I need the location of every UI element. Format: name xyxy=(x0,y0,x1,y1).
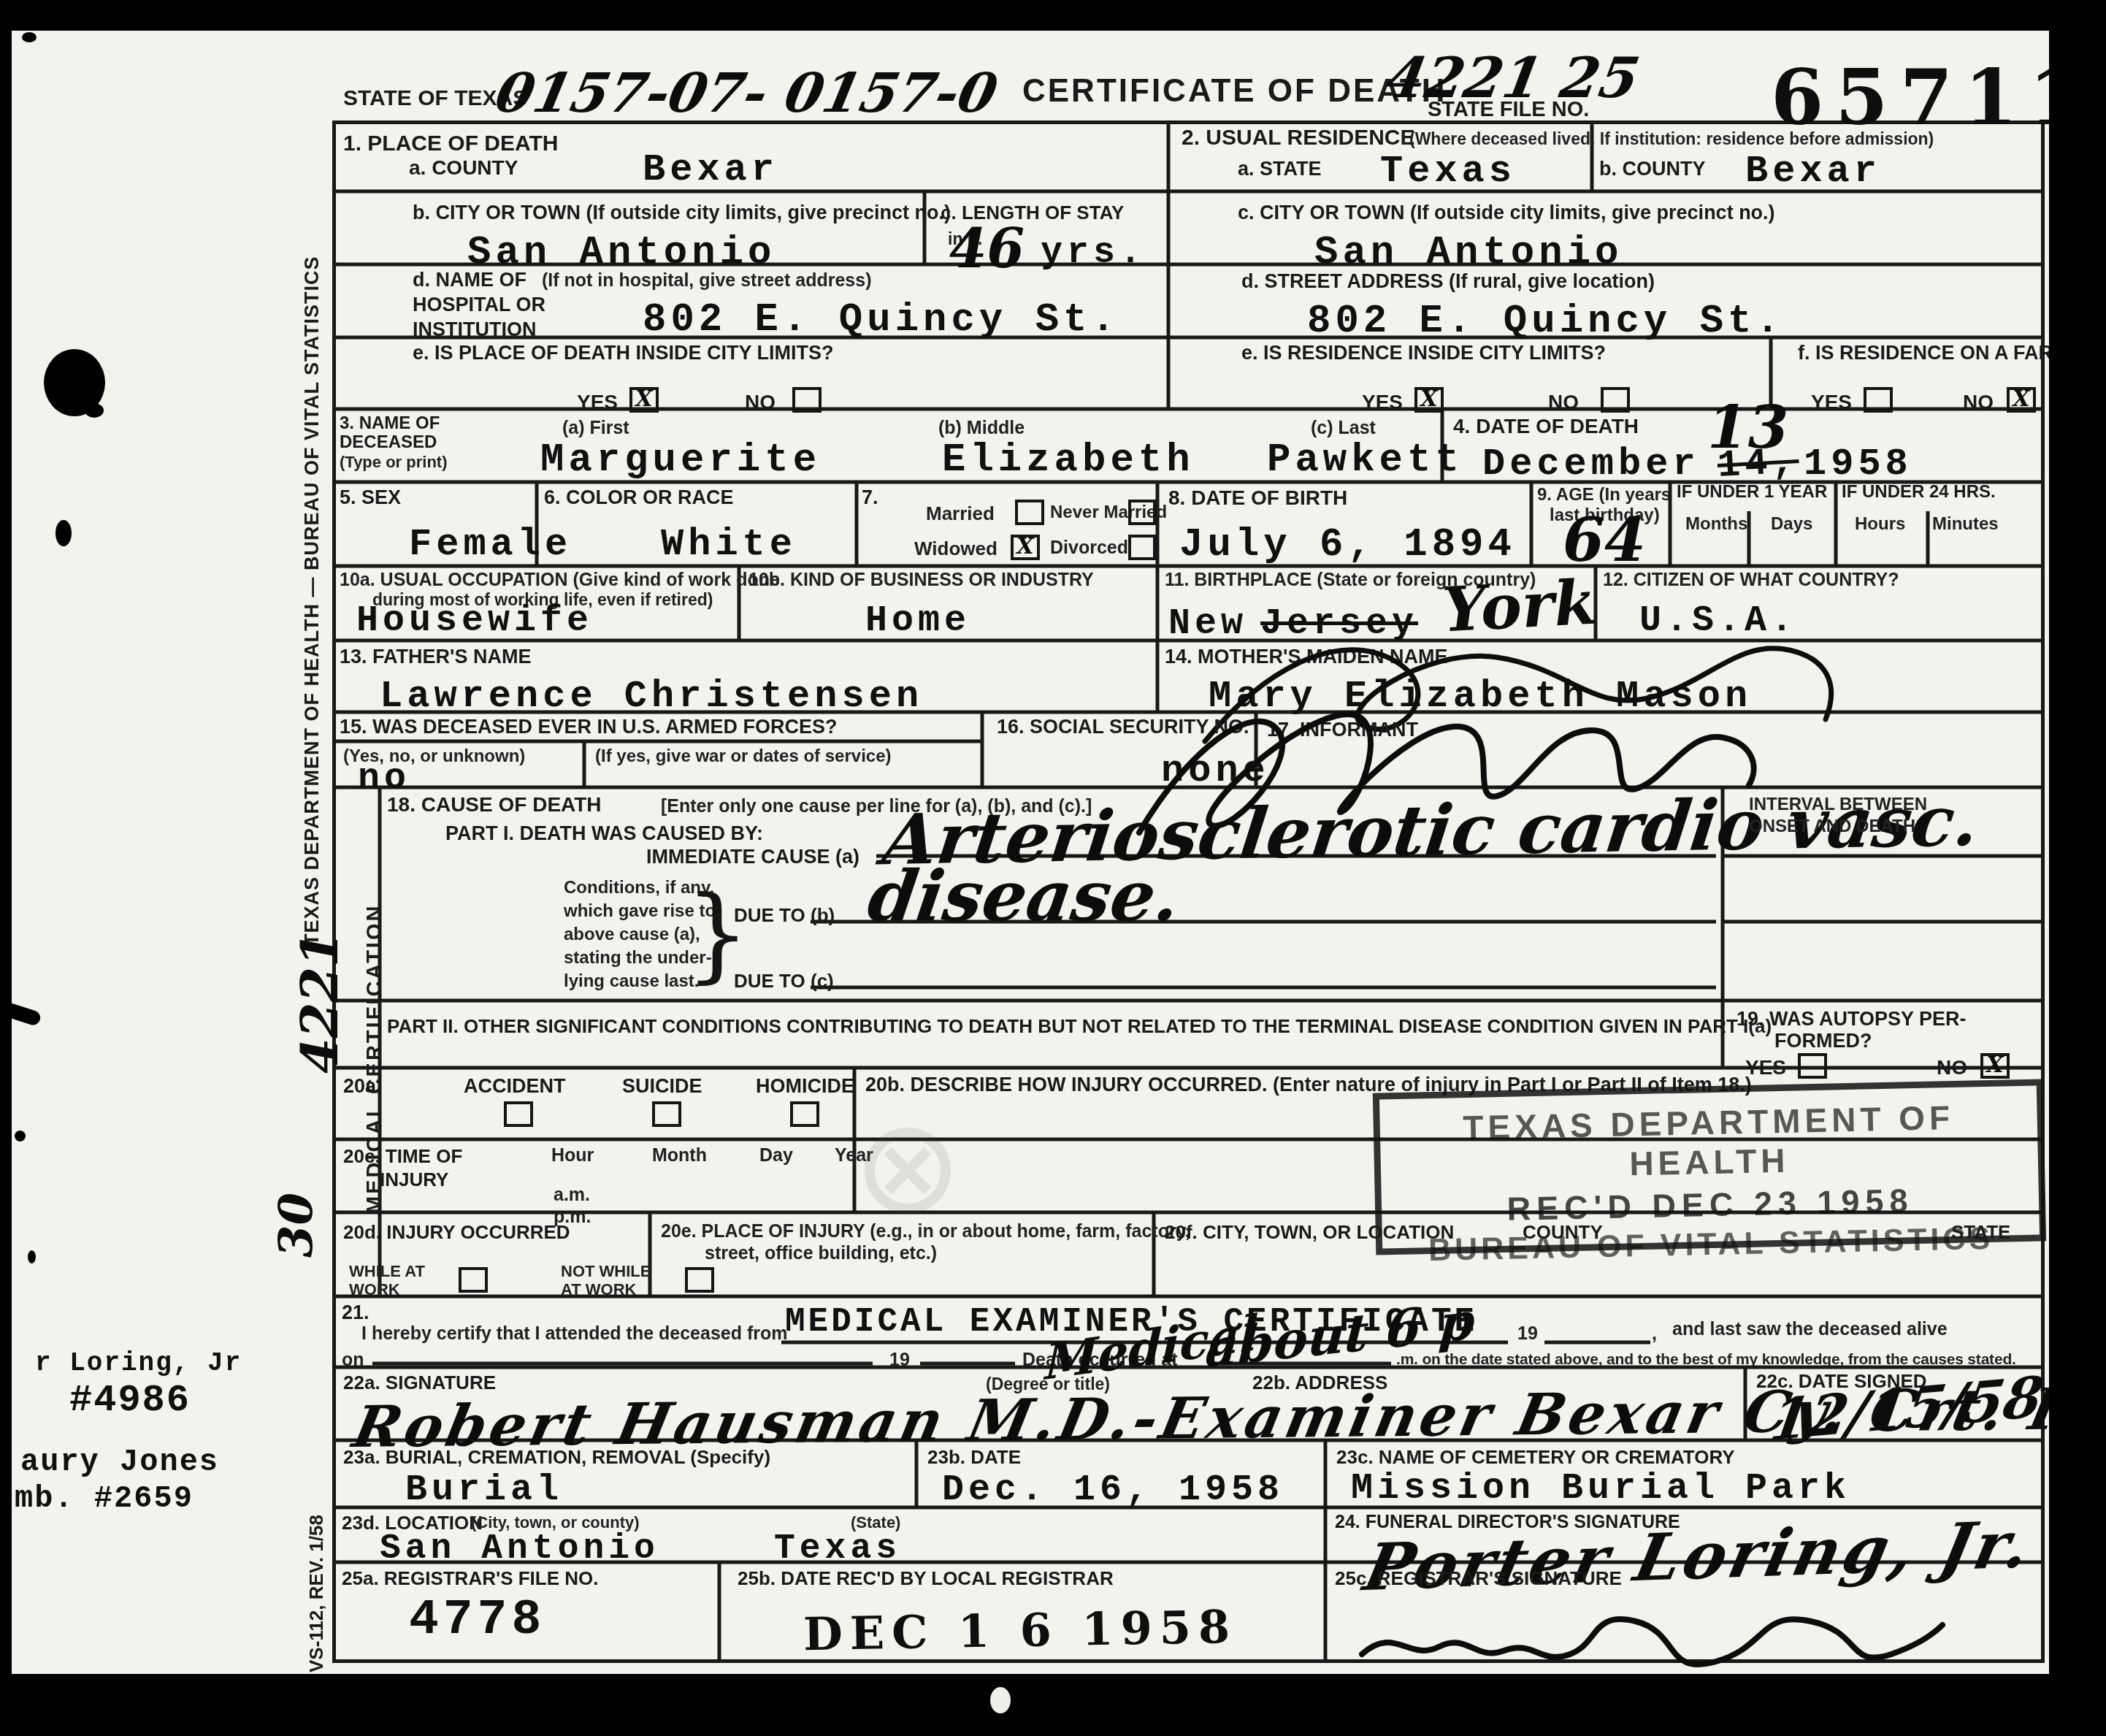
s19-no-label: NO xyxy=(1937,1056,1967,1079)
s1-hospital-value: 802 E. Quincy St. xyxy=(643,298,1119,343)
margin-handwritten-4221: 4221 xyxy=(289,931,350,1074)
ink-dot xyxy=(15,1131,26,1142)
ink-blob-small-1 xyxy=(85,403,104,418)
s18-immediate-cause-label: IMMEDIATE CAUSE (a) xyxy=(646,846,859,868)
s9b-under-24-label: IF UNDER 24 HRS. xyxy=(1842,482,1996,502)
s2-farm-yes-label: YES xyxy=(1811,391,1852,414)
s20c-label-1: 20c. TIME OF xyxy=(343,1145,462,1168)
s25a-value: 4778 xyxy=(409,1592,545,1648)
s18-label: 18. CAUSE OF DEATH xyxy=(387,793,602,817)
s3-middle-value: Elizabeth xyxy=(942,438,1195,483)
s3-label-1: 3. NAME OF xyxy=(340,413,440,434)
s20a-suicide-checkbox[interactable] xyxy=(652,1101,681,1127)
s20c-day-label: Day xyxy=(759,1145,793,1166)
s25b-date-received-stamp: DEC 1 6 1958 xyxy=(803,1600,1237,1661)
s20c-label-2: INJURY xyxy=(380,1169,448,1191)
ink-blob-small-2 xyxy=(55,520,72,546)
s18-due-c-label: DUE TO (c) xyxy=(734,970,834,993)
s10a-value: Housewife xyxy=(356,600,593,642)
s3-first-value: Marguerite xyxy=(540,438,821,483)
s18-part1-label: PART I. DEATH WAS CAUSED BY: xyxy=(445,822,763,845)
s12-label: 12. CITIZEN OF WHAT COUNTRY? xyxy=(1603,570,1899,591)
s1-county-value: Bexar xyxy=(643,148,778,191)
margin-fragment-jones: aury Jones xyxy=(20,1445,219,1480)
s1-limits-yes-checkbox[interactable]: X xyxy=(629,387,659,413)
s7-married-label: Married xyxy=(926,502,995,525)
s7-widowed-label: Widowed xyxy=(914,538,998,560)
death-certificate-scan: STATE OF TEXAS 0157-07- 0157-0 CERTIFICA… xyxy=(0,0,2106,1736)
s5-value: Female xyxy=(409,523,572,566)
dept-of-health-vertical-label: TEXAS DEPARTMENT OF HEALTH — BUREAU OF V… xyxy=(301,256,323,947)
s9b-days-label: Days xyxy=(1771,514,1812,535)
s23d-city-value: San Antonio xyxy=(380,1529,659,1569)
s23a-value: Burial xyxy=(405,1469,563,1511)
s20a-accident-checkbox[interactable] xyxy=(504,1101,533,1127)
s9-age-handwritten: 64 xyxy=(1563,505,1646,576)
s20c-month-label: Month xyxy=(652,1145,707,1166)
s20e-label-2: street, office building, etc.) xyxy=(705,1243,937,1264)
s13-label: 13. FATHER'S NAME xyxy=(340,646,531,668)
s1-hospital-label-paren: (If not in hospital, give street address… xyxy=(542,270,871,291)
s4-year: 1958 xyxy=(1804,443,1912,486)
s3-label-3: (Type or print) xyxy=(340,453,447,472)
s2-city-label: c. CITY OR TOWN (If outside city limits,… xyxy=(1238,202,1775,224)
s18-cond-5: lying cause last. xyxy=(564,971,699,992)
s2-limits-label: e. IS RESIDENCE INSIDE CITY LIMITS? xyxy=(1241,342,1606,364)
s20d-not-while-label-2: AT WORK xyxy=(561,1280,636,1299)
s7-label: 7. xyxy=(862,486,878,509)
s1-limits-label: e. IS PLACE OF DEATH INSIDE CITY LIMITS? xyxy=(413,342,834,364)
s10a-label-1: 10a. USUAL OCCUPATION (Give kind of work… xyxy=(340,570,780,591)
form-code-vertical-label: VS-112, REV. 1/58 xyxy=(305,1515,328,1672)
s18-due-b-label: DUE TO (b) xyxy=(734,904,835,927)
scan-edge-bottom xyxy=(0,1674,2106,1736)
scan-edge-left xyxy=(0,0,12,1736)
s4-day-handwritten: 13 xyxy=(1707,393,1788,462)
s9b-months-label: Months xyxy=(1685,514,1747,535)
s2-farm-label: f. IS RESIDENCE ON A FARM? xyxy=(1798,342,2081,364)
circled-x-watermark xyxy=(860,1123,955,1218)
margin-fragment-2659: mb. #2659 xyxy=(15,1481,194,1516)
scan-edge-right xyxy=(2049,0,2106,1736)
registrar-signature xyxy=(1351,1581,1950,1683)
s2-county-value: Bexar xyxy=(1745,150,1881,193)
scan-speck-bottom xyxy=(990,1687,1011,1713)
s7-widowed-checkbox[interactable]: X xyxy=(1011,535,1040,560)
s23d-state-value: Texas xyxy=(774,1529,901,1569)
s18-interval-label-2: ONSET AND DEATH xyxy=(1749,817,1915,837)
s2-farm-no-label: NO xyxy=(1963,391,1994,414)
s25b-label: 25b. DATE REC'D BY LOCAL REGISTRAR xyxy=(738,1567,1114,1590)
s2-farm-no-checkbox[interactable]: X xyxy=(2007,387,2036,413)
s21-label: 21. xyxy=(342,1301,369,1324)
s4-label: 4. DATE OF DEATH xyxy=(1453,415,1639,438)
s20f-state-label: STATE xyxy=(1951,1221,2010,1244)
s2-limits-no-label: NO xyxy=(1548,391,1579,414)
s20f-label: 20f. CITY, TOWN, OR LOCATION xyxy=(1165,1221,1454,1244)
s2-title-paren: (Where deceased lived. If institution: r… xyxy=(1409,129,1934,149)
s10b-value: Home xyxy=(865,600,970,642)
s25a-label: 25a. REGISTRAR'S FILE NO. xyxy=(342,1567,598,1590)
s1-limits-no-label: NO xyxy=(745,391,776,414)
s1-stay-value-handwritten: 46 xyxy=(949,218,1025,280)
s20d-while-label-2: WORK xyxy=(349,1280,400,1299)
s3-label-2: DECEASED xyxy=(340,432,437,453)
state-file-no-label: STATE FILE NO. xyxy=(1428,98,1589,122)
s20a-accident-label: ACCIDENT xyxy=(464,1075,566,1098)
s2-state-label: a. STATE xyxy=(1238,158,1322,180)
scan-edge-top xyxy=(0,0,2106,31)
s20c-am-label: a.m. xyxy=(554,1185,590,1206)
s23c-label: 23c. NAME OF CEMETERY OR CREMATORY xyxy=(1336,1446,1735,1469)
s20d-while-checkbox[interactable] xyxy=(459,1267,488,1293)
s20d-label: 20d. INJURY OCCURRED xyxy=(343,1221,570,1244)
s3-first-label: (a) First xyxy=(562,418,629,439)
s1-title: 1. PLACE OF DEATH xyxy=(343,131,558,156)
s23b-label: 23b. DATE xyxy=(927,1446,1021,1469)
s2-city-value: San Antonio xyxy=(1314,231,1623,275)
s9-label-1: 9. AGE (In years xyxy=(1537,485,1671,505)
s3-middle-label: (b) Middle xyxy=(938,418,1025,439)
s18-interval-label-1: INTERVAL BETWEEN xyxy=(1749,795,1927,815)
s13-value: Lawrence Christensen xyxy=(380,675,923,718)
s2-limits-yes-checkbox[interactable]: X xyxy=(1414,387,1444,413)
ink-blob-small-3 xyxy=(22,32,37,42)
s19-yes-checkbox[interactable] xyxy=(1798,1053,1827,1079)
s20a-homicide-checkbox[interactable] xyxy=(790,1101,819,1127)
s7-divorced-checkbox[interactable] xyxy=(1128,535,1156,560)
s7-married-checkbox[interactable] xyxy=(1015,500,1044,525)
s18-cause-b-handwritten: disease. xyxy=(863,856,1185,937)
s1-stay-unit: yrs. xyxy=(1041,232,1146,274)
ink-dot-2 xyxy=(28,1250,36,1263)
s10b-label: 10b. KIND OF BUSINESS OR INDUSTRY xyxy=(748,570,1094,591)
s5-label: 5. SEX xyxy=(340,486,401,509)
s9b-minutes-label: Minutes xyxy=(1932,514,1999,535)
s20a-label: 20a. xyxy=(343,1075,382,1098)
s20e-label-1: 20e. PLACE OF INJURY (e.g., in or about … xyxy=(661,1221,1190,1242)
margin-handwritten-30: 30 xyxy=(269,1193,323,1258)
s20d-not-while-checkbox[interactable] xyxy=(685,1267,714,1293)
s20c-hour-label: Hour xyxy=(551,1145,594,1166)
s2-county-label: b. COUNTY xyxy=(1599,158,1706,180)
s1-hospital-label-3: INSTITUTION xyxy=(413,318,537,341)
s21-on: on xyxy=(342,1350,364,1371)
margin-fragment-4986: #4986 xyxy=(69,1379,191,1422)
s23b-value: Dec. 16, 1958 xyxy=(942,1469,1284,1511)
s20d-while-label-1: WHILE AT xyxy=(349,1262,425,1281)
s21-rest: .m. on the date stated above, and to the… xyxy=(1396,1351,2016,1369)
s1-limits-no-checkbox[interactable] xyxy=(792,387,822,413)
s19-label-1: 19. WAS AUTOPSY PER- xyxy=(1737,1008,1967,1030)
s21-cert-from: I hereby certify that I attended the dec… xyxy=(361,1323,788,1345)
s9b-under-year-label: IF UNDER 1 YEAR xyxy=(1677,482,1827,502)
s3-last-label: (c) Last xyxy=(1311,418,1376,439)
s1-hospital-label: d. NAME OF xyxy=(413,269,526,291)
s7-divorced-label: Divorced xyxy=(1050,538,1128,559)
s21-last-saw: and last saw the deceased alive xyxy=(1672,1319,1948,1340)
s2-limits-no-checkbox[interactable] xyxy=(1601,387,1630,413)
s6-value: White xyxy=(661,523,797,566)
s4-month: December xyxy=(1482,443,1700,486)
s20f-county-label: COUNTY xyxy=(1523,1221,1603,1244)
s7-never-married-checkbox[interactable] xyxy=(1128,500,1156,525)
s21-yr1: 19 xyxy=(1517,1323,1538,1345)
s3-last-value: Pawkett xyxy=(1267,438,1463,483)
s18-cond-3: above cause (a), xyxy=(564,925,700,945)
s20a-homicide-label: HOMICIDE xyxy=(756,1075,854,1098)
s2-title: 2. USUAL RESIDENCE xyxy=(1182,126,1415,150)
s19-label-2: FORMED? xyxy=(1774,1030,1872,1052)
s2-street-value: 802 E. Quincy St. xyxy=(1307,299,1784,344)
s20d-not-while-label-1: NOT WHILE xyxy=(561,1262,651,1281)
s1-county-label: a. COUNTY xyxy=(409,156,518,180)
s15-label: 15. WAS DECEASED EVER IN U.S. ARMED FORC… xyxy=(340,716,838,738)
s2-limits-yes-label: YES xyxy=(1362,391,1403,414)
received-stamp: TEXAS DEPARTMENT OF HEALTH REC'D DEC 23 … xyxy=(1373,1079,2046,1255)
s6-label: 6. COLOR OR RACE xyxy=(544,486,734,509)
s21-comma: , xyxy=(1652,1323,1657,1345)
margin-fragment-loring: r Loring, Jr xyxy=(35,1348,242,1378)
s1-limits-yes-label: YES xyxy=(577,391,618,414)
s23c-value: Mission Burial Park xyxy=(1351,1468,1850,1510)
s15-sub-2: (If yes, give war or dates of service) xyxy=(595,746,892,767)
s23a-label: 23a. BURIAL, CREMATION, REMOVAL (Specify… xyxy=(343,1446,770,1469)
s20a-suicide-label: SUICIDE xyxy=(622,1075,702,1098)
s8-value: July 6, 1894 xyxy=(1179,523,1516,567)
s2-farm-yes-checkbox[interactable] xyxy=(1864,387,1893,413)
s21-yr2: 19 xyxy=(889,1350,910,1371)
s19-no-checkbox[interactable]: X xyxy=(1980,1053,2010,1079)
part2-text: PART II. OTHER SIGNIFICANT CONDITIONS CO… xyxy=(387,1015,1772,1038)
s1-city-label: b. CITY OR TOWN (If outside city limits,… xyxy=(413,202,951,224)
s8-label: 8. DATE OF BIRTH xyxy=(1168,486,1347,510)
received-stamp-line1: TEXAS DEPARTMENT OF HEALTH xyxy=(1379,1096,2038,1189)
s9b-hours-label: Hours xyxy=(1855,514,1905,535)
s2-state-value: Texas xyxy=(1380,150,1516,193)
s22-signature-label: 22a. SIGNATURE xyxy=(343,1372,496,1394)
s1-hospital-label-2: HOSPITAL OR xyxy=(413,294,545,316)
s2-street-label: d. STREET ADDRESS (If rural, give locati… xyxy=(1241,270,1655,293)
registration-code-handwritten: 0157-07- 0157-0 xyxy=(490,62,1003,125)
